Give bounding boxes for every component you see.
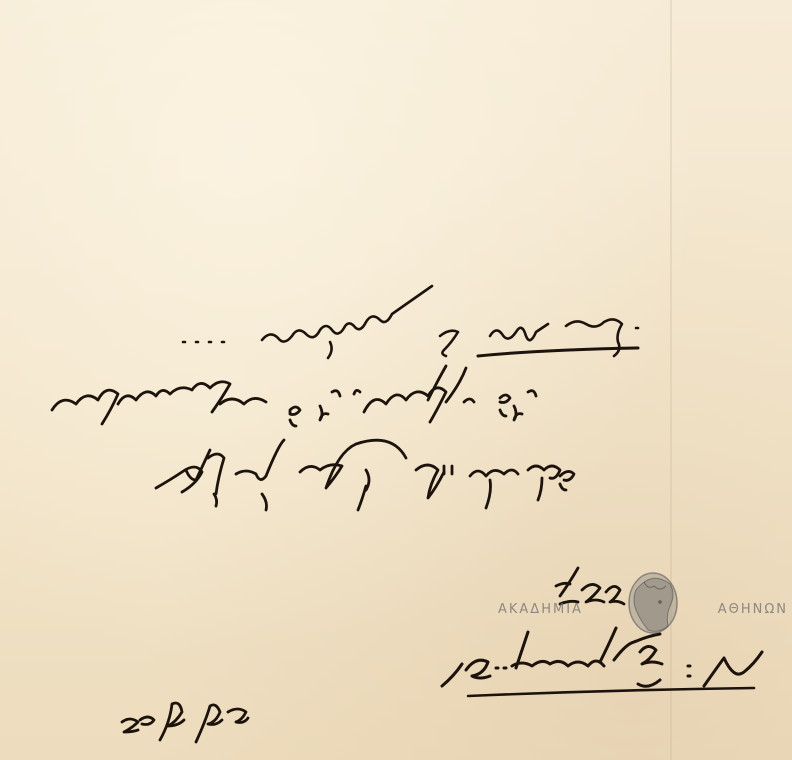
margin-annotation (122, 703, 248, 742)
watermark-left-text: ΑΚΑΔΗΜΙΑ (498, 602, 583, 617)
handwriting-line-3 (156, 440, 574, 510)
academy-watermark: ΑΚΑΔΗΜΙΑ ΑΘΗΝΩΝ (498, 598, 788, 620)
signature (442, 628, 762, 696)
watermark-right-text: ΑΘΗΝΩΝ (718, 602, 788, 617)
manuscript-page: ΑΚΑΔΗΜΙΑ ΑΘΗΝΩΝ ... (0, 0, 792, 760)
handwriting-line-1 (183, 286, 638, 358)
handwriting-line-2 (52, 366, 536, 426)
handwriting-ink (0, 0, 792, 760)
